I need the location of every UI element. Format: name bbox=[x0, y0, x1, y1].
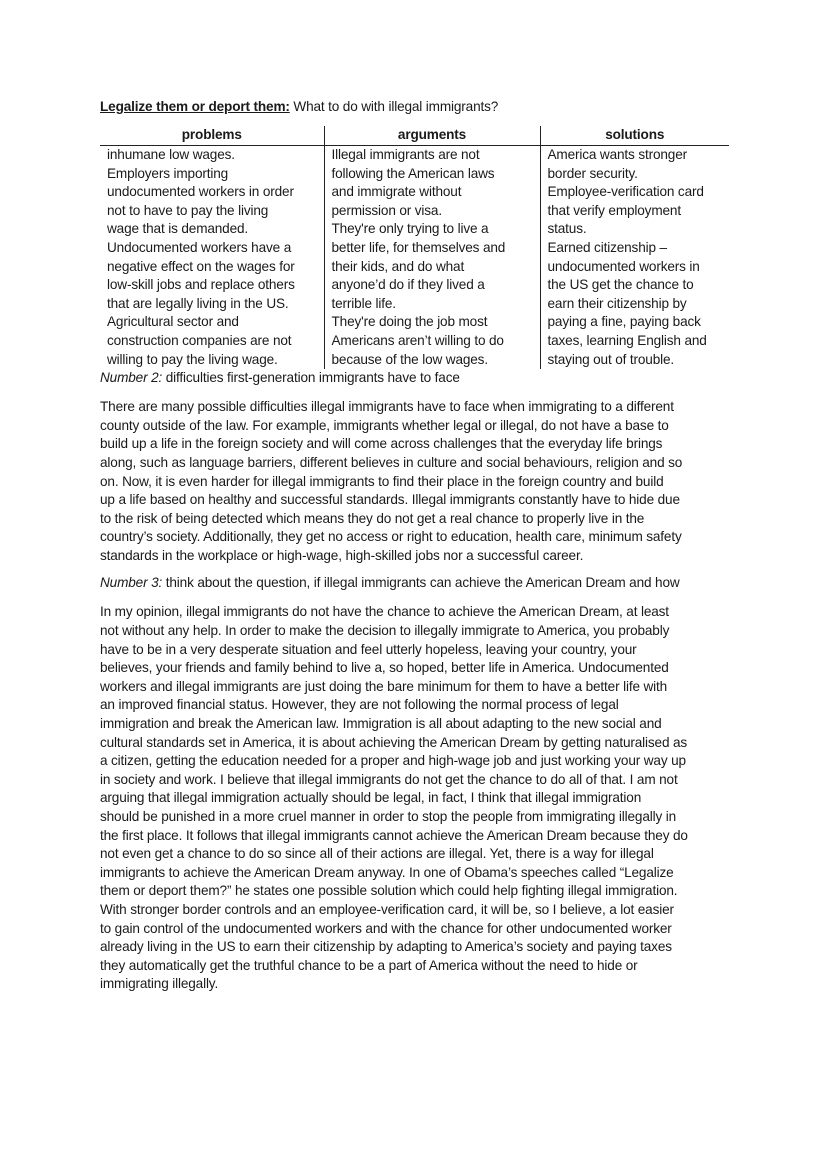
section-2-paragraph: There are many possible difficulties ill… bbox=[100, 398, 730, 565]
table-row: inhumane low wages. Employers importing … bbox=[100, 146, 729, 370]
paragraph-line: should be punished in a more cruel manne… bbox=[100, 808, 730, 827]
cell-line: terrible life. bbox=[332, 295, 536, 314]
paragraph-line: on. Now, it is even harder for illegal i… bbox=[100, 473, 730, 492]
paragraph-line: along, such as language barriers, differ… bbox=[100, 454, 730, 473]
cell-line: and immigrate without bbox=[332, 183, 536, 202]
cell-line: Agricultural sector and bbox=[107, 313, 320, 332]
paragraph-line: immigration and break the American law. … bbox=[100, 715, 730, 734]
cell-line: paying a fine, paying back bbox=[548, 313, 726, 332]
cell-line: anyone’d do if they lived a bbox=[332, 276, 536, 295]
paragraph-line: With stronger border controls and an emp… bbox=[100, 901, 730, 920]
section-2-topic: difficulties first-generation immigrants… bbox=[162, 370, 460, 385]
overview-table: problems arguments solutions inhumane lo… bbox=[100, 126, 729, 369]
section-3-number: Number 3: bbox=[100, 575, 162, 590]
paragraph-line: not without any help. In order to make t… bbox=[100, 622, 730, 641]
cell-line: construction companies are not bbox=[107, 332, 320, 351]
title-heading: Legalize them or deport them: bbox=[100, 99, 290, 114]
paragraph-line: build up a life in the foreign society a… bbox=[100, 435, 730, 454]
paragraph-line: There are many possible difficulties ill… bbox=[100, 398, 730, 417]
cell-line: They're doing the job most bbox=[332, 313, 536, 332]
document-page: Legalize them or deport them: What to do… bbox=[100, 98, 730, 994]
paragraph-line: immigrating illegally. bbox=[100, 975, 730, 994]
paragraph-line: county outside of the law. For example, … bbox=[100, 417, 730, 436]
paragraph-line: workers and illegal immigrants are just … bbox=[100, 678, 730, 697]
paragraph-line: them or deport them?” he states one poss… bbox=[100, 882, 730, 901]
cell-line: inhumane low wages. bbox=[107, 146, 320, 165]
paragraph-line: an improved financial status. However, t… bbox=[100, 696, 730, 715]
cell-line: Employee-verification card bbox=[548, 183, 726, 202]
cell-line: Undocumented workers have a bbox=[107, 239, 320, 258]
solutions-cell: America wants stronger border security. … bbox=[540, 146, 729, 370]
section-2-heading: Number 2: difficulties first-generation … bbox=[100, 369, 730, 388]
cell-line: negative effect on the wages for bbox=[107, 258, 320, 277]
paragraph-line: to the risk of being detected which mean… bbox=[100, 510, 730, 529]
cell-line: staying out of trouble. bbox=[548, 351, 726, 370]
cell-line: the US get the chance to bbox=[548, 276, 726, 295]
cell-line: Illegal immigrants are not bbox=[332, 146, 536, 165]
title-question: What to do with illegal immigrants? bbox=[290, 99, 498, 114]
cell-line: permission or visa. bbox=[332, 202, 536, 221]
section-3-topic: think about the question, if illegal imm… bbox=[162, 575, 679, 590]
cell-line: following the American laws bbox=[332, 165, 536, 184]
cell-line: that are legally living in the US. bbox=[107, 295, 320, 314]
paragraph-line: have to be in a very desperate situation… bbox=[100, 641, 730, 660]
paragraph-line: they automatically get the truthful chan… bbox=[100, 957, 730, 976]
paragraph-line: up a life based on healthy and successfu… bbox=[100, 491, 730, 510]
cell-line: status. bbox=[548, 220, 726, 239]
cell-line: undocumented workers in bbox=[548, 258, 726, 277]
paragraph-line: the first place. It follows that illegal… bbox=[100, 827, 730, 846]
cell-line: better life, for themselves and bbox=[332, 239, 536, 258]
paragraph-line: believes, your friends and family behind… bbox=[100, 659, 730, 678]
paragraph-line: country’s society. Additionally, they ge… bbox=[100, 528, 730, 547]
header-solutions: solutions bbox=[540, 126, 729, 146]
cell-line: not to have to pay the living bbox=[107, 202, 320, 221]
cell-line: undocumented workers in order bbox=[107, 183, 320, 202]
paragraph-line: not even get a chance to do so since all… bbox=[100, 845, 730, 864]
cell-line: Earned citizenship – bbox=[548, 239, 726, 258]
paragraph-line: to gain control of the undocumented work… bbox=[100, 920, 730, 939]
paragraph-line: arguing that illegal immigration actuall… bbox=[100, 789, 730, 808]
cell-line: wage that is demanded. bbox=[107, 220, 320, 239]
section-3-paragraph: In my opinion, illegal immigrants do not… bbox=[100, 603, 730, 993]
header-arguments: arguments bbox=[324, 126, 540, 146]
cell-line: because of the low wages. bbox=[332, 351, 536, 370]
paragraph-line: a citizen, getting the education needed … bbox=[100, 752, 730, 771]
cell-line: earn their citizenship by bbox=[548, 295, 726, 314]
paragraph-line: cultural standards set in America, it is… bbox=[100, 734, 730, 753]
table-header-row: problems arguments solutions bbox=[100, 126, 729, 146]
cell-line: They're only trying to live a bbox=[332, 220, 536, 239]
cell-line: Americans aren’t willing to do bbox=[332, 332, 536, 351]
paragraph-line: In my opinion, illegal immigrants do not… bbox=[100, 603, 730, 622]
cell-line: America wants stronger bbox=[548, 146, 726, 165]
document-title: Legalize them or deport them: What to do… bbox=[100, 98, 730, 118]
paragraph-line: immigrants to achieve the American Dream… bbox=[100, 864, 730, 883]
section-2-number: Number 2: bbox=[100, 370, 162, 385]
cell-line: that verify employment bbox=[548, 202, 726, 221]
arguments-cell: Illegal immigrants are not following the… bbox=[324, 146, 540, 370]
paragraph-line: already living in the US to earn their c… bbox=[100, 938, 730, 957]
cell-line: border security. bbox=[548, 165, 726, 184]
cell-line: taxes, learning English and bbox=[548, 332, 726, 351]
header-problems: problems bbox=[100, 126, 324, 146]
cell-line: willing to pay the living wage. bbox=[107, 351, 320, 370]
paragraph-line: standards in the workplace or high-wage,… bbox=[100, 547, 730, 566]
section-3-heading: Number 3: think about the question, if i… bbox=[100, 574, 730, 593]
cell-line: low-skill jobs and replace others bbox=[107, 276, 320, 295]
cell-line: Employers importing bbox=[107, 165, 320, 184]
paragraph-line: in society and work. I believe that ille… bbox=[100, 771, 730, 790]
problems-cell: inhumane low wages. Employers importing … bbox=[100, 146, 324, 370]
cell-line: their kids, and do what bbox=[332, 258, 536, 277]
